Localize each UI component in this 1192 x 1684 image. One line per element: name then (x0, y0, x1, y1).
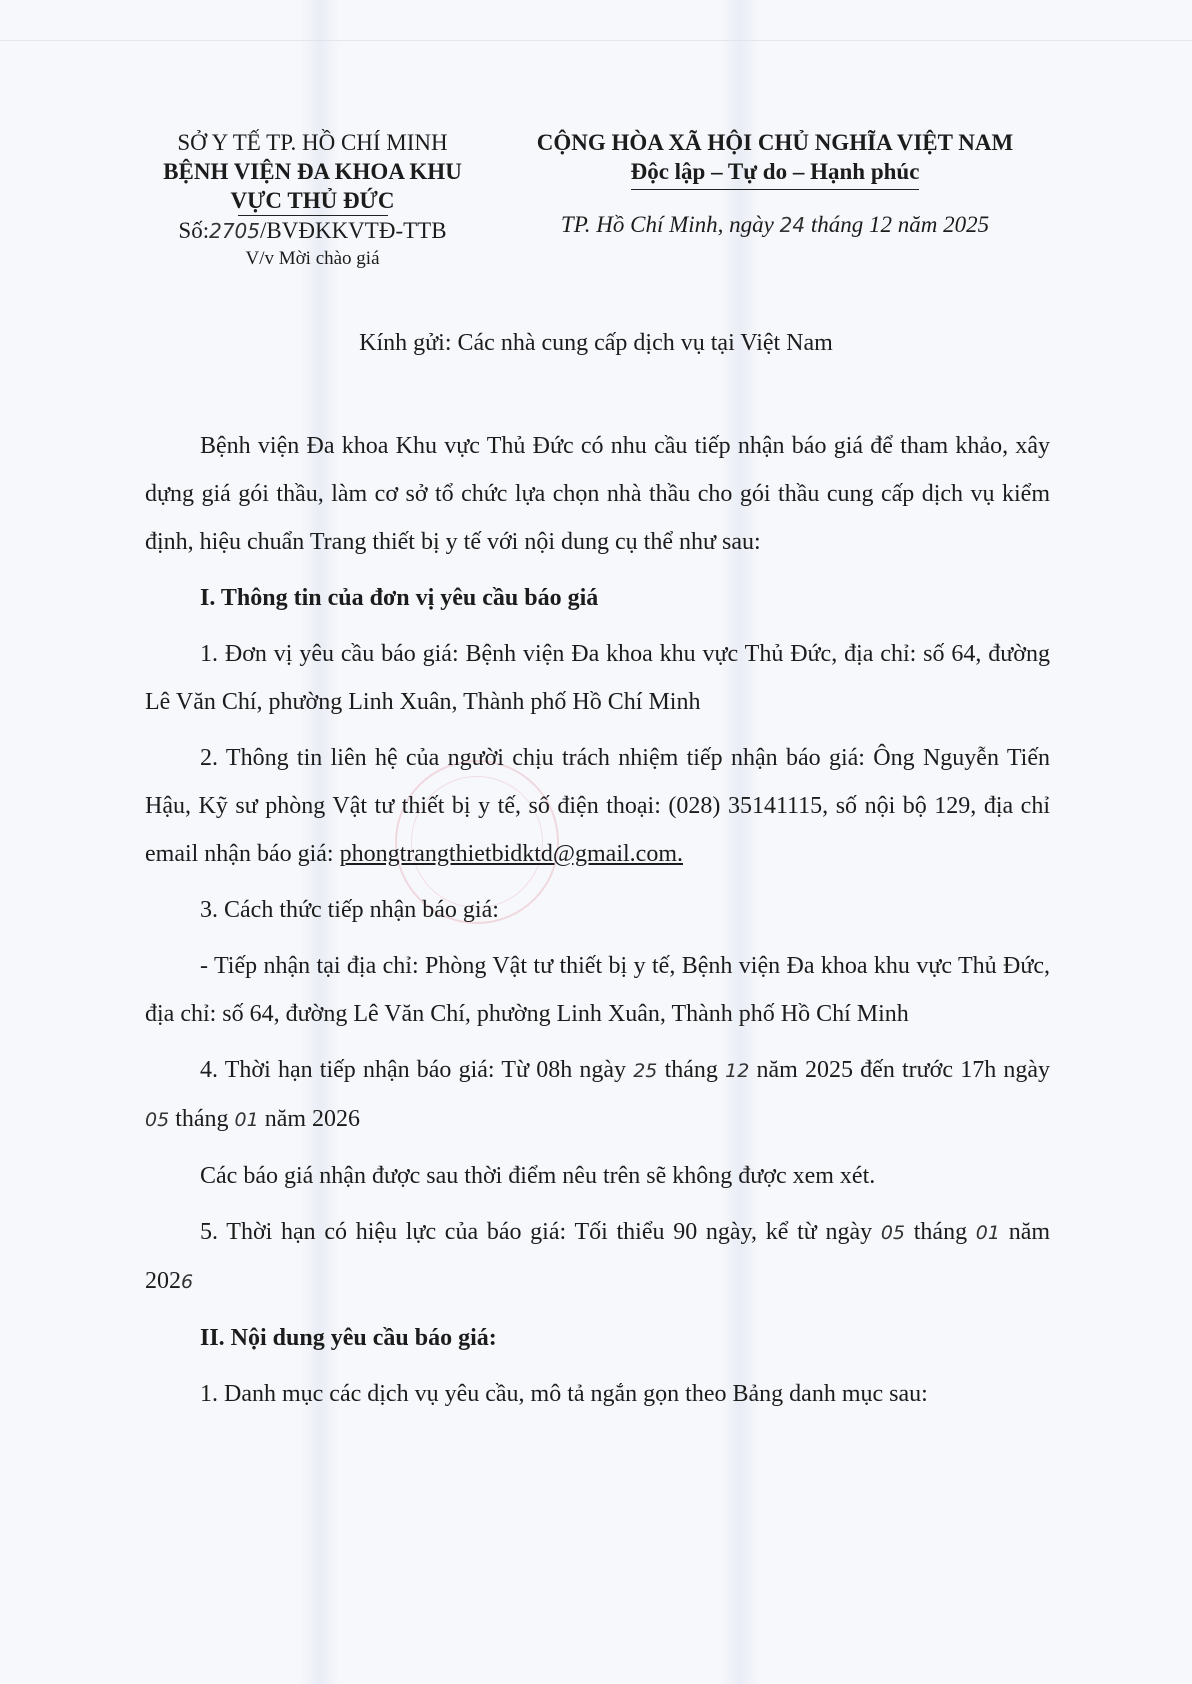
contact-email-link[interactable]: phongtrangthietbidktd@gmail.com. (340, 841, 683, 867)
handwritten-year-digit: 6 (181, 1271, 193, 1293)
handwritten-day: 25 (633, 1060, 657, 1082)
section-2-item-1: 1. Danh mục các dịch vụ yêu cầu, mô tả n… (145, 1370, 1050, 1418)
text: năm 2026 (265, 1106, 360, 1132)
section-1-item-4: 4. Thời hạn tiếp nhận báo giá: Từ 08h ng… (145, 1046, 1050, 1144)
national-motto: Độc lập – Tự do – Hạnh phúc (631, 157, 920, 190)
number-handwritten: 2705 (209, 219, 260, 243)
text: 5. Thời hạn có hiệu lực của báo giá: Tối… (200, 1219, 872, 1245)
subject-line: V/v Mời chào giá (135, 246, 490, 272)
section-1-item-1: 1. Đơn vị yêu cầu báo giá: Bệnh viện Đa … (145, 630, 1050, 726)
handwritten-month: 12 (725, 1060, 749, 1082)
text: tháng (914, 1219, 967, 1245)
handwritten-day: 05 (881, 1222, 905, 1244)
hospital-name-line2: VỰC THỦ ĐỨC (135, 186, 490, 215)
deadline-note: Các báo giá nhận được sau thời điểm nêu … (145, 1152, 1050, 1200)
number-suffix: /BVĐKKVTĐ-TTB (260, 218, 447, 243)
scanned-page: SỞ Y TẾ TP. HỒ CHÍ MINH BỆNH VIỆN ĐA KHO… (0, 0, 1192, 1684)
section-2-heading: II. Nội dung yêu cầu báo giá: (145, 1314, 1050, 1362)
text: 4. Thời hạn tiếp nhận báo giá: Từ 08h ng… (200, 1057, 626, 1083)
handwritten-day: 05 (145, 1109, 169, 1131)
section-1-heading: I. Thông tin của đơn vị yêu cầu báo giá (145, 574, 1050, 622)
recipient-line: Kính gửi: Các nhà cung cấp dịch vụ tại V… (0, 330, 1192, 357)
section-1-item-5: 5. Thời hạn có hiệu lực của báo giá: Tối… (145, 1208, 1050, 1306)
intro-paragraph: Bệnh viện Đa khoa Khu vực Thủ Đức có nhu… (145, 422, 1050, 566)
date-suffix: tháng 12 năm 2025 (811, 212, 989, 237)
issuer-block: SỞ Y TẾ TP. HỒ CHÍ MINH BỆNH VIỆN ĐA KHO… (135, 128, 490, 272)
text: năm 2025 đến trước 17h ngày (756, 1057, 1050, 1083)
number-prefix: Số: (178, 218, 209, 243)
date-day-handwritten: 24 (780, 213, 805, 237)
text: tháng (665, 1057, 718, 1083)
hospital-name-line1: BỆNH VIỆN ĐA KHOA KHU (135, 157, 490, 186)
section-1-item-3-detail: - Tiếp nhận tại địa chỉ: Phòng Vật tư th… (145, 942, 1050, 1038)
section-1-item-3: 3. Cách thức tiếp nhận báo giá: (145, 886, 1050, 934)
scan-artifact-line (0, 40, 1192, 41)
document-date: TP. Hồ Chí Minh, ngày 24 tháng 12 năm 20… (505, 210, 1045, 240)
document-number: Số:2705/BVĐKKVTĐ-TTB (135, 216, 490, 246)
document-body: Bệnh viện Đa khoa Khu vực Thủ Đức có nhu… (145, 422, 1050, 1426)
date-prefix: TP. Hồ Chí Minh, ngày (561, 212, 774, 237)
national-header: CỘNG HÒA XÃ HỘI CHỦ NGHĨA VIỆT NAM Độc l… (505, 128, 1045, 240)
department-name: SỞ Y TẾ TP. HỒ CHÍ MINH (135, 128, 490, 157)
nation-title: CỘNG HÒA XÃ HỘI CHỦ NGHĨA VIỆT NAM (505, 128, 1045, 157)
handwritten-month: 01 (235, 1109, 259, 1131)
text: tháng (175, 1106, 228, 1132)
section-1-item-2: 2. Thông tin liên hệ của người chịu trác… (145, 734, 1050, 878)
handwritten-month: 01 (976, 1222, 1000, 1244)
